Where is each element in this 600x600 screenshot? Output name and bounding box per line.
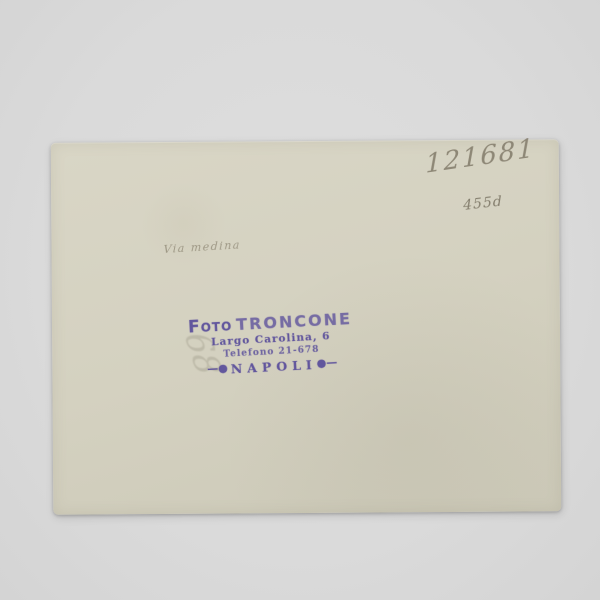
stamp-arrow-ornament-right: ●—: [316, 356, 337, 370]
photo-back-card: 121681 455d Via medina 68 FotoTRONCONE L…: [51, 139, 562, 515]
handwritten-code: 455d: [463, 194, 503, 214]
handwritten-inventory-number: 121681: [425, 134, 535, 181]
stamp-city: NAPOLI: [230, 357, 317, 376]
photographer-ink-stamp: FotoTRONCONE Largo Carolina, 6 Telefono …: [180, 309, 363, 381]
stamp-studio-prefix: Foto: [188, 315, 233, 337]
pencil-note: Via medina: [163, 238, 241, 256]
photo-backdrop: 121681 455d Via medina 68 FotoTRONCONE L…: [0, 0, 600, 600]
stamp-arrow-ornament-left: —●: [207, 362, 228, 376]
